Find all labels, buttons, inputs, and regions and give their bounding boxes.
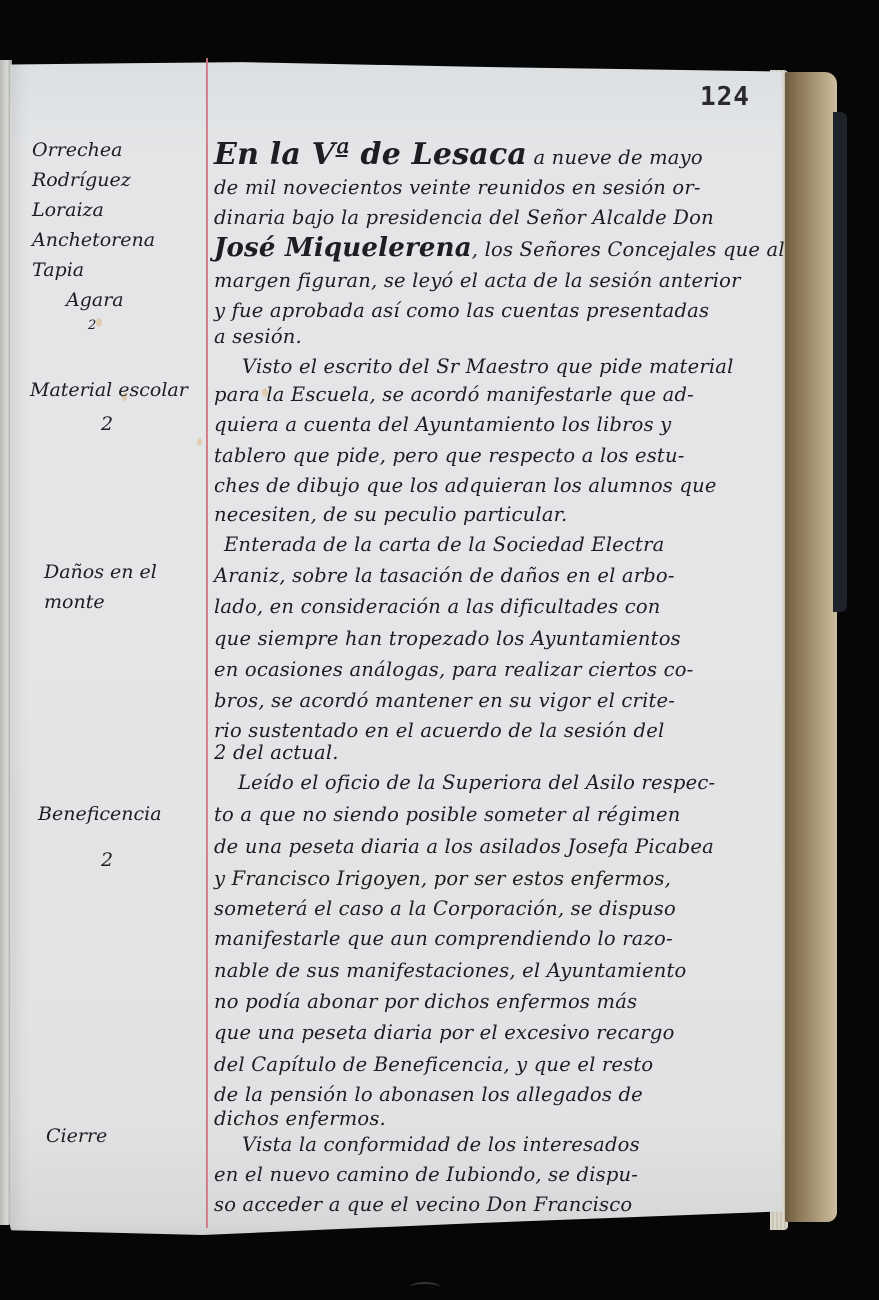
- body-line: que siempre han tropezado los Ayuntamien…: [214, 624, 681, 654]
- body-line: to a que no siendo posible someter al ré…: [214, 800, 680, 830]
- body-line: lado, en consideración a las dificultade…: [214, 592, 661, 622]
- body-line: Visto el escrito del Sr Maestro que pide…: [242, 352, 734, 382]
- body-line: quiera a cuenta del Ayuntamiento los lib…: [214, 410, 671, 440]
- attendee-name: Loraiza: [32, 196, 104, 224]
- body-line: tablero que pide, pero que respecto a lo…: [214, 441, 685, 471]
- margin-note-material-escolar: Material escolar: [30, 376, 188, 404]
- attendee-name: Tapia: [32, 256, 84, 284]
- body-line: nable de sus manifestaciones, el Ayuntam…: [214, 956, 686, 986]
- body-line: 2 del actual.: [214, 738, 339, 768]
- body-line: en el nuevo camino de Iubiondo, se dispu…: [214, 1160, 638, 1190]
- body-line: en ocasiones análogas, para realizar cie…: [214, 655, 693, 685]
- body-line: a sesión.: [214, 322, 302, 352]
- body-line: En la Vª de Lesaca a nueve de mayo: [214, 140, 703, 173]
- attendee-name: Orrechea: [32, 136, 122, 164]
- margin-note-mark: 2: [32, 410, 182, 438]
- attendee-name: Agara: [66, 286, 124, 314]
- foxing-stain: [197, 438, 202, 446]
- margin-note-cierre: Cierre: [46, 1122, 107, 1150]
- body-line: de mil novecientos veinte reunidos en se…: [214, 173, 701, 203]
- opening-heading: En la Vª de Lesaca: [214, 137, 527, 172]
- attendee-name: Anchetorena: [32, 226, 155, 254]
- body-line: para la Escuela, se acordó manifestarle …: [214, 380, 694, 410]
- red-margin-rule: [206, 58, 208, 1228]
- body-line: ches de dibujo que los adquieran los alu…: [214, 471, 717, 501]
- body-line: no podía abonar por dichos enfermos más: [214, 987, 637, 1017]
- body-line: so acceder a que el vecino Don Francisco: [214, 1190, 632, 1220]
- body-line: margen figuran, se leyó el acta de la se…: [214, 266, 741, 296]
- body-line: dinaria bajo la presidencia del Señor Al…: [214, 203, 714, 233]
- body-line: del Capítulo de Beneficencia, y que el r…: [214, 1050, 653, 1080]
- page-number: 124: [700, 82, 750, 112]
- foxing-stain: [96, 318, 102, 327]
- body-line: que una peseta diaria por el excesivo re…: [214, 1018, 675, 1048]
- body-line: necesiten, de su peculio particular.: [214, 500, 567, 530]
- margin-note-monte: monte: [44, 588, 105, 616]
- body-line: José Miquelerena, los Señores Concejales…: [214, 233, 785, 265]
- body-line: Leído el oficio de la Superiora del Asil…: [238, 768, 715, 798]
- body-line: Enterada de la carta de la Sociedad Elec…: [224, 530, 664, 560]
- body-line: manifestarle que aun comprendiendo lo ra…: [214, 924, 673, 954]
- body-line: someterá el caso a la Corporación, se di…: [214, 894, 676, 924]
- body-line: de una peseta diaria a los asilados Jose…: [214, 832, 714, 862]
- body-line: Araniz, sobre la tasación de daños en el…: [214, 561, 675, 591]
- mayor-name: José Miquelerena: [214, 233, 472, 263]
- body-line: Vista la conformidad de los interesados: [242, 1130, 640, 1160]
- margin-note-beneficencia: Beneficencia: [38, 800, 162, 828]
- margin-note-danos: Daños en el: [44, 558, 157, 586]
- scanner-artifact: [410, 1282, 440, 1292]
- body-line: y Francisco Irigoyen, por ser estos enfe…: [214, 864, 671, 894]
- attendee-count-mark: 2: [88, 312, 96, 340]
- body-line: bros, se acordó mantener en su vigor el …: [214, 686, 675, 716]
- margin-note-mark: 2: [32, 846, 182, 874]
- book-binding-board: [785, 72, 837, 1222]
- attendee-name: Rodríguez: [32, 166, 131, 194]
- scan-background: 124 Orrechea Rodríguez Loraiza Anchetore…: [0, 0, 879, 1300]
